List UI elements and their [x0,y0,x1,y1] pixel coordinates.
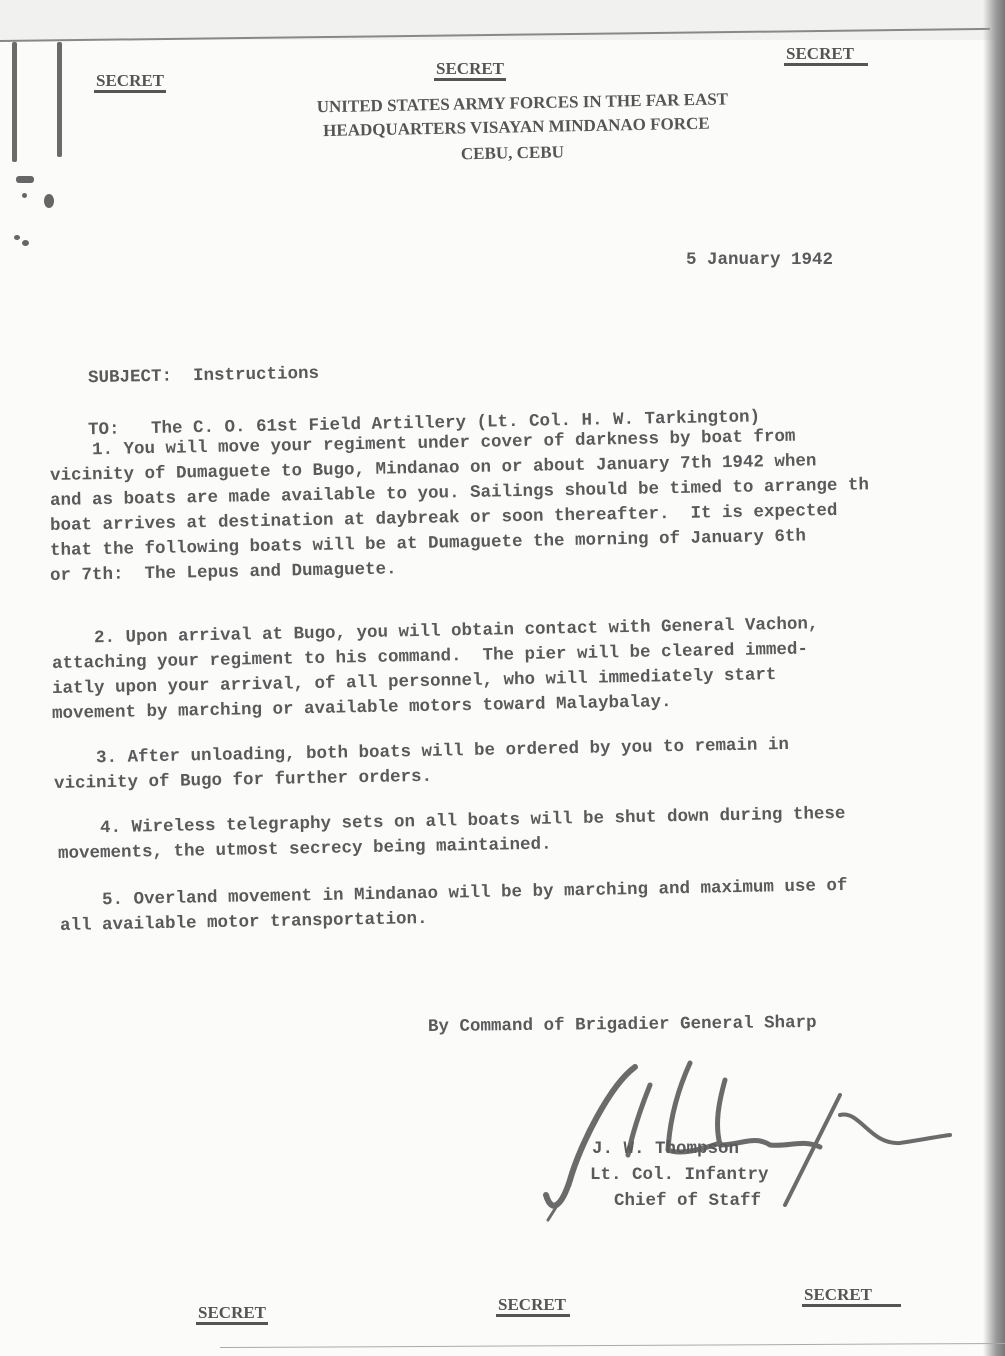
page-bottom-edge-line [220,1343,1005,1348]
signer-rank: Lt. Col. Infantry [590,1164,769,1186]
classification-mark-bottom-left: SECRET [196,1304,268,1325]
to-label: TO: [88,420,120,441]
document-page: SECRET SECRET SECRET SECRET SECRET SECRE… [0,0,1005,1356]
classification-mark-bottom-right: SECRET [802,1286,901,1307]
ink-blot [22,240,29,246]
subject-label: SUBJECT: [88,367,172,389]
paragraph-3-line: vicinity of Bugo for further orders. [54,766,432,795]
command-authority-line: By Command of Brigadier General Sharp [428,1012,817,1038]
ink-blot [16,176,34,183]
document-date: 5 January 1942 [686,249,833,271]
subject-value: Instructions [193,364,319,386]
classification-mark-bottom-center: SECRET [496,1296,570,1317]
ink-blot [44,194,54,208]
signer-title: Chief of Staff [614,1190,761,1212]
classification-mark-top-right: SECRET [784,45,868,66]
paragraph-1-line: or 7th: The Lepus and Dumaguete. [50,558,397,587]
paragraph-5-line: 5. Overland movement in Mindanao will be… [60,875,848,912]
paragraph-3-line: 3. After unloading, both boats will be o… [54,734,789,770]
classification-mark-top-left: SECRET [94,72,166,93]
classification-mark-top-center: SECRET [434,60,506,81]
ink-blot [22,193,27,198]
paragraph-5-line: all available motor transportation. [60,908,428,937]
ink-blot [14,235,20,240]
scan-right-shadow [983,0,1005,1356]
signer-name: J. W. Thompson [592,1138,739,1160]
